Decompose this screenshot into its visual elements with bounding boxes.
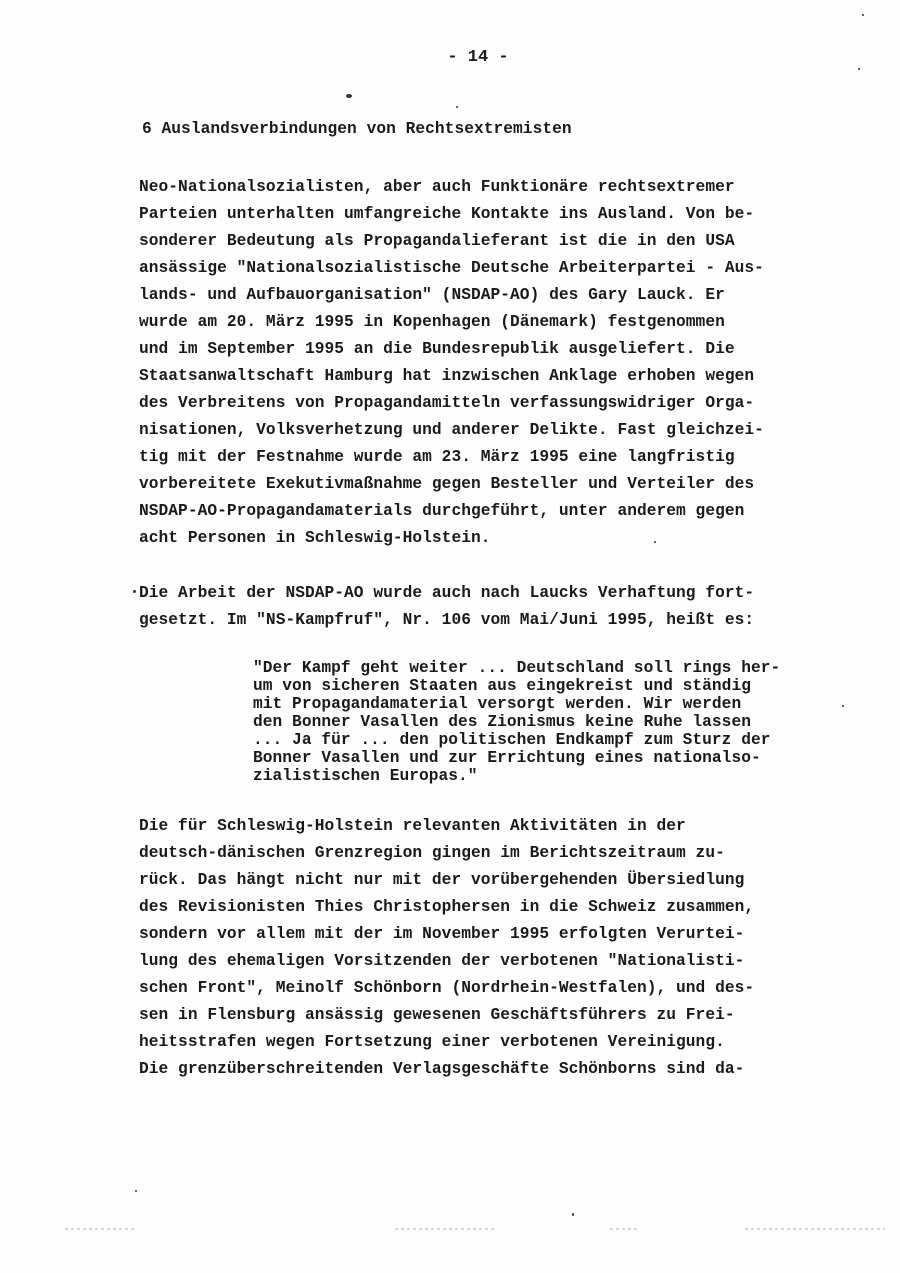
paragraph-nsdap-ao-continued: Die Arbeit der NSDAP-AO wurde auch nach … (139, 580, 754, 634)
text-line: Neo-Nationalsozialisten, aber auch Funkt… (139, 174, 764, 201)
text-line: lands- und Aufbauorganisation" (NSDAP-AO… (139, 282, 764, 309)
document-page: - 14 - 6 Auslandsverbindungen von Rechts… (0, 0, 900, 1273)
scan-speck (654, 541, 656, 543)
scan-speck (572, 1213, 574, 1216)
text-line: nisationen, Volksverhetzung und anderer … (139, 417, 764, 444)
text-line: wurde am 20. März 1995 in Kopenhagen (Dä… (139, 309, 764, 336)
text-line: und im September 1995 an die Bundesrepub… (139, 336, 764, 363)
text-line: rück. Das hängt nicht nur mit der vorübe… (139, 867, 754, 894)
text-line: schen Front", Meinolf Schönborn (Nordrhe… (139, 975, 754, 1002)
text-line: gesetzt. Im "NS-Kampfruf", Nr. 106 vom M… (139, 607, 754, 634)
quote-line: um von sicheren Staaten aus eingekreist … (253, 677, 780, 695)
text-line: Die für Schleswig-Holstein relevanten Ak… (139, 813, 754, 840)
quote-line: mit Propagandamaterial versorgt werden. … (253, 695, 780, 713)
text-line: heitsstrafen wegen Fortsetzung einer ver… (139, 1029, 754, 1056)
scan-speck (133, 590, 136, 593)
scan-speck (862, 14, 864, 16)
scan-speck (346, 94, 352, 98)
scan-noise (65, 1228, 135, 1230)
text-line: sonderer Bedeutung als Propagandaliefera… (139, 228, 764, 255)
scan-speck (135, 1190, 137, 1192)
text-line: acht Personen in Schleswig-Holstein. (139, 525, 764, 552)
scan-speck (858, 68, 860, 70)
quote-line: den Bonner Vasallen des Zionismus keine … (253, 713, 780, 731)
text-line: lung des ehemaligen Vorsitzenden der ver… (139, 948, 754, 975)
quote-line: ... Ja für ... den politischen Endkampf … (253, 731, 780, 749)
scan-noise (395, 1228, 495, 1230)
text-line: sondern vor allem mit der im November 19… (139, 921, 754, 948)
scan-noise (610, 1228, 640, 1230)
text-line: Die Arbeit der NSDAP-AO wurde auch nach … (139, 580, 754, 607)
text-line: NSDAP-AO-Propagandamaterials durchgeführ… (139, 498, 764, 525)
text-line: ansässige "Nationalsozialistische Deutsc… (139, 255, 764, 282)
text-line: sen in Flensburg ansässig gewesenen Gesc… (139, 1002, 754, 1029)
text-line: deutsch-dänischen Grenzregion gingen im … (139, 840, 754, 867)
quote-line: Bonner Vasallen und zur Errichtung eines… (253, 749, 780, 767)
text-line: vorbereitete Exekutivmaßnahme gegen Best… (139, 471, 764, 498)
text-line: Parteien unterhalten umfangreiche Kontak… (139, 201, 764, 228)
text-line: Staatsanwaltschaft Hamburg hat inzwische… (139, 363, 764, 390)
text-line: des Verbreitens von Propagandamitteln ve… (139, 390, 764, 417)
scan-speck (842, 705, 844, 707)
scan-speck (456, 106, 458, 108)
block-quote: "Der Kampf geht weiter ... Deutschland s… (253, 659, 780, 785)
paragraph-foreign-contacts: Neo-Nationalsozialisten, aber auch Funkt… (139, 174, 764, 552)
quote-line: zialistischen Europas." (253, 767, 780, 785)
section-heading: 6 Auslandsverbindungen von Rechtsextremi… (142, 120, 572, 138)
text-line: des Revisionisten Thies Christophersen i… (139, 894, 754, 921)
quote-line: "Der Kampf geht weiter ... Deutschland s… (253, 659, 780, 677)
paragraph-border-region: Die für Schleswig-Holstein relevanten Ak… (139, 813, 754, 1083)
text-line: Die grenzüberschreitenden Verlagsgeschäf… (139, 1056, 754, 1083)
page-number: - 14 - (28, 48, 900, 67)
text-line: tig mit der Festnahme wurde am 23. März … (139, 444, 764, 471)
scan-noise (745, 1228, 885, 1230)
